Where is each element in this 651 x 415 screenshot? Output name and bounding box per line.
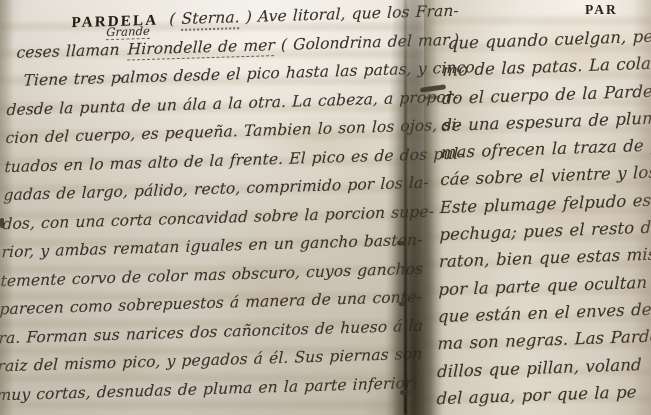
inserted-word: Grande — [106, 25, 150, 39]
latin-name: Sterna. — [181, 8, 240, 31]
running-header: PAR — [585, 2, 618, 18]
paren-open: ( — [169, 10, 176, 28]
right-page-text: que quando cuelgan, pendientesmo de las … — [436, 20, 651, 413]
paren-close: ) — [246, 8, 253, 26]
book-photo: PARDELA ( Sterna. ) Ave litoral, que los… — [0, 0, 651, 415]
line2-prefix: ceses llaman — [16, 40, 120, 61]
caret-mark: ^ — [116, 68, 125, 97]
french-name: Hirondelle de mer — [127, 36, 275, 60]
left-page-text: PARDELA ( Sterna. ) Ave litoral, que los… — [0, 0, 412, 409]
right-page-body: que quando cuelgan, pendientesmo de las … — [436, 20, 651, 413]
left-page-body: Tiene tres palmos desde el pico hasta la… — [0, 55, 410, 409]
